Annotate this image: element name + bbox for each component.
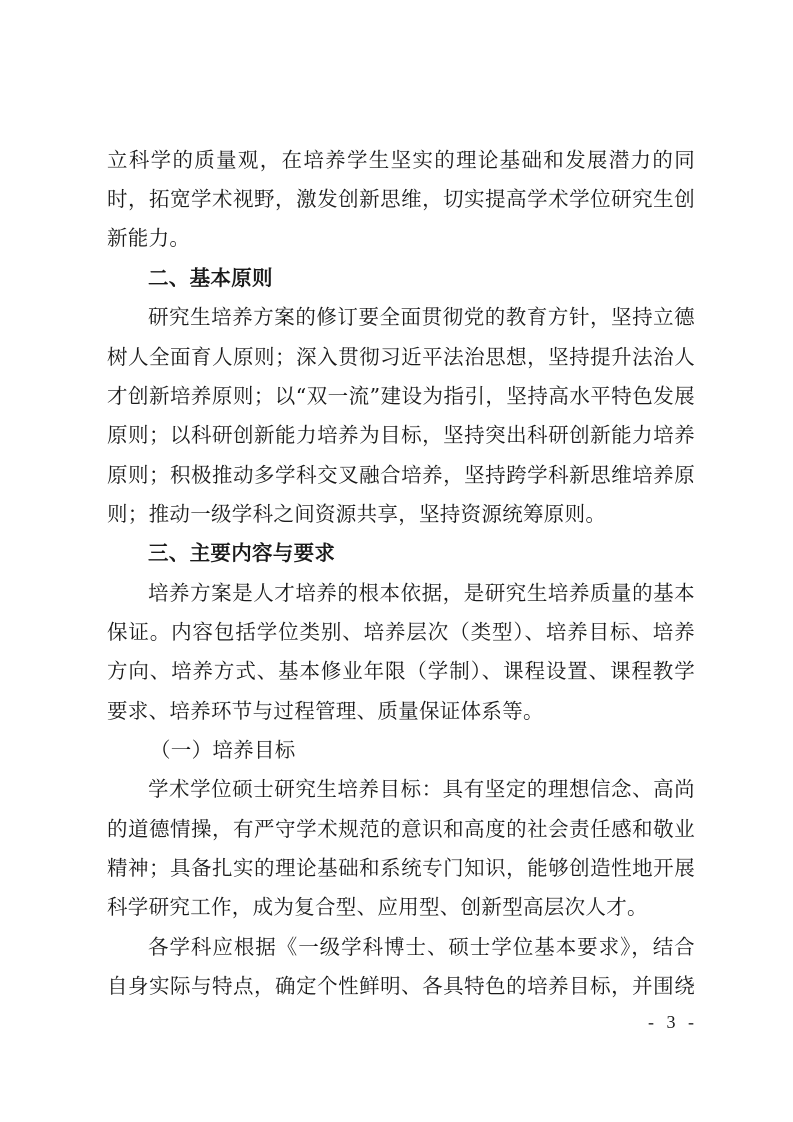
subsection-heading: （一）培养目标: [150, 738, 697, 762]
body-line: 自身实际与特点，确定个性鲜明、各具特色的培养目标，并围绕: [107, 974, 695, 998]
body-line: 原则；积极推动多学科交叉融合培养，坚持跨学科新思维培养原: [107, 463, 695, 487]
document-page: 立科学的质量观，在培养学生坚实的理论基础和发展潜力的同 时，拓宽学术视野，激发创…: [0, 0, 793, 1122]
body-line: 才创新培养原则；以“双一流”建设为指引，坚持高水平特色发展: [107, 384, 695, 408]
body-line: 保证。内容包括学位类别、培养层次（类型）、培养目标、培养: [107, 620, 695, 644]
section-heading: 二、基本原则: [148, 266, 695, 290]
body-line: 要求、培养环节与过程管理、质量保证体系等。: [107, 699, 695, 723]
body-line: 培养方案是人才培养的根本依据，是研究生培养质量的基本: [148, 581, 695, 605]
body-line: 研究生培养方案的修订要全面贯彻党的教育方针，坚持立德: [148, 305, 695, 329]
body-line: 则；推动一级学科之间资源共享，坚持资源统筹原则。: [107, 502, 695, 526]
body-line: 立科学的质量观，在培养学生坚实的理论基础和发展潜力的同: [107, 148, 695, 172]
body-line: 新能力。: [107, 226, 695, 250]
body-line: 精神；具备扎实的理论基础和系统专门知识，能够创造性地开展: [107, 856, 695, 880]
body-line: 学术学位硕士研究生培养目标：具有坚定的理想信念、高尚: [148, 777, 695, 801]
page-number: - 3 -: [648, 1012, 698, 1033]
body-line: 的道德情操，有严守学术规范的意识和高度的社会责任感和敬业: [107, 817, 695, 841]
body-line: 方向、培养方式、基本修业年限（学制）、课程设置、课程教学: [107, 659, 695, 683]
body-line: 科学研究工作，成为复合型、应用型、创新型高层次人才。: [107, 895, 695, 919]
body-line: 各学科应根据《一级学科博士、硕士学位基本要求》，结合: [148, 935, 695, 959]
body-line: 时，拓宽学术视野，激发创新思维，切实提高学术学位研究生创: [107, 187, 695, 211]
body-line: 树人全面育人原则；深入贯彻习近平法治思想，坚持提升法治人: [107, 345, 695, 369]
body-line: 原则；以科研创新能力培养为目标，坚持突出科研创新能力培养: [107, 423, 695, 447]
section-heading: 三、主要内容与要求: [148, 541, 695, 565]
